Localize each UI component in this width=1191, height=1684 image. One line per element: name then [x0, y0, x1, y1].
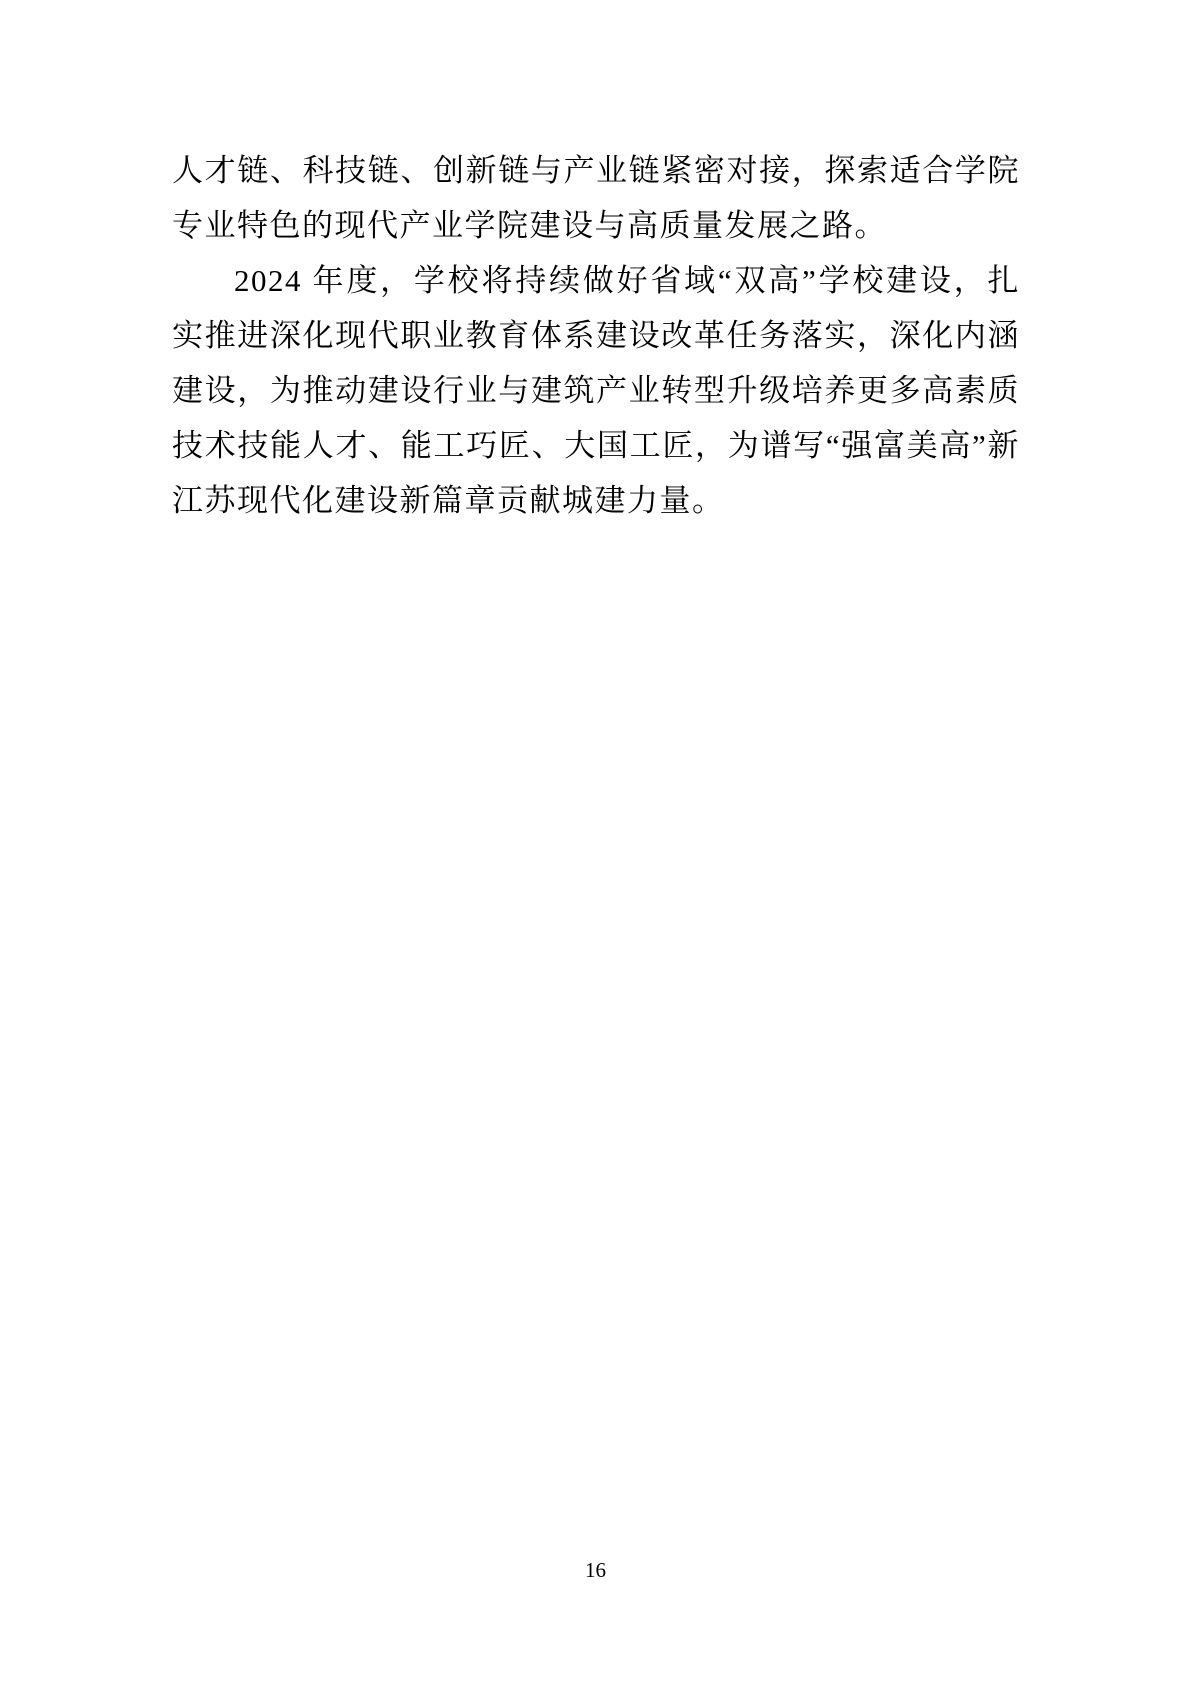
- page-number: 16: [0, 1556, 1191, 1584]
- document-page: 人才链、科技链、创新链与产业链紧密对接，探索适合学院专业特色的现代产业学院建设与…: [0, 0, 1191, 1684]
- page-body-text: 人才链、科技链、创新链与产业链紧密对接，探索适合学院专业特色的现代产业学院建设与…: [172, 143, 1020, 528]
- paragraph-continuation: 人才链、科技链、创新链与产业链紧密对接，探索适合学院专业特色的现代产业学院建设与…: [172, 143, 1020, 253]
- paragraph-2024-outlook: 2024 年度，学校将持续做好省域“双高”学校建设，扎实推进深化现代职业教育体系…: [172, 253, 1020, 528]
